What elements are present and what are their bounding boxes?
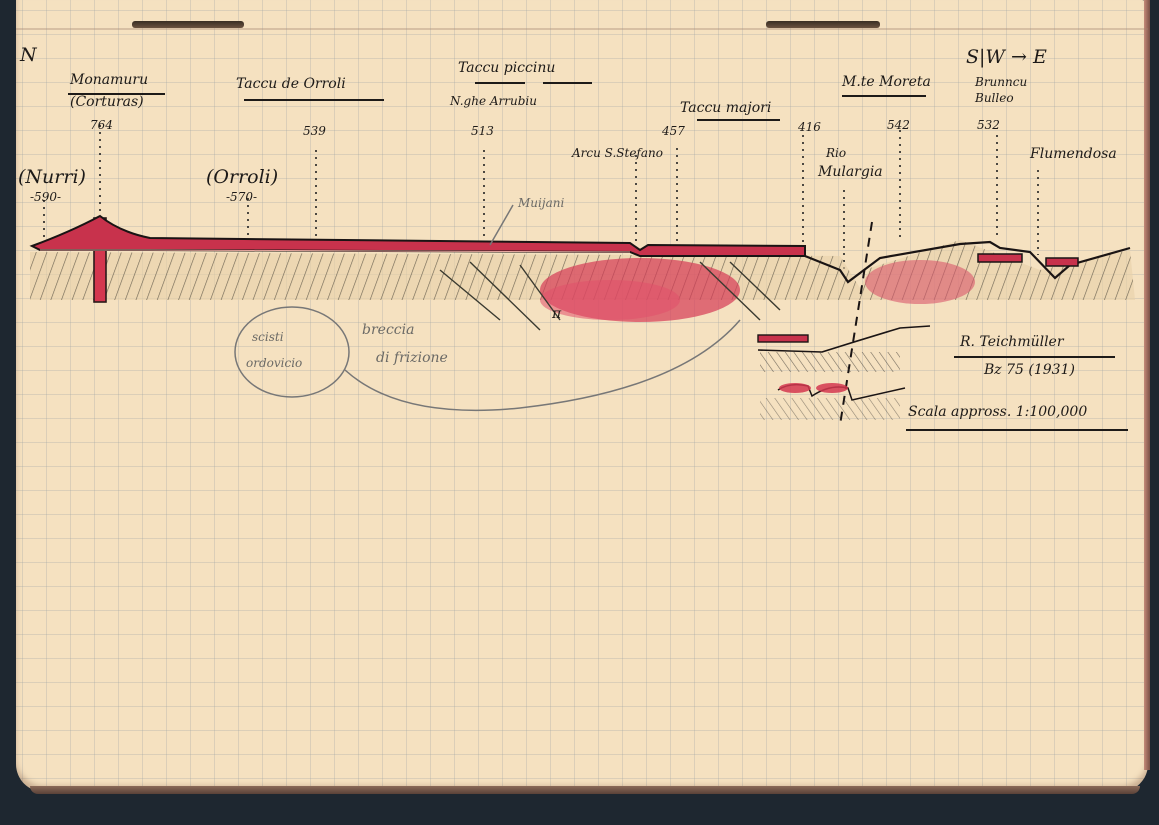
scale-label: Scala appross. 1:100,000	[908, 404, 1087, 420]
peak-name: Taccu majori	[680, 100, 771, 116]
peak-elevation: 539	[303, 124, 326, 138]
inset-sections	[758, 326, 930, 420]
peak-elevation: 416	[798, 120, 821, 134]
peak-elevation: 542	[887, 118, 910, 132]
peak-elevation: 457	[662, 124, 685, 138]
circled-label: scisti	[252, 330, 284, 344]
peak-name: M.te Moreta	[842, 74, 931, 90]
town-name: (Orroli)	[206, 166, 278, 188]
reference: Bz 75 (1931)	[984, 362, 1075, 378]
river-name: Mulargia	[818, 164, 883, 180]
author-credit: R. Teichmüller	[960, 334, 1064, 350]
pencil-annotation: Muijani	[518, 196, 564, 210]
peak-name: Taccu de Orroli	[236, 76, 346, 92]
town-name: (Nurri)	[18, 166, 86, 188]
direction-label: S|W → E	[966, 46, 1047, 68]
circled-label: ordovicio	[246, 356, 302, 370]
north-label: N	[20, 44, 37, 66]
river-name: Flumendosa	[1030, 146, 1117, 162]
town-elevation: -590-	[30, 190, 61, 204]
breccia-label: di frizione	[376, 350, 448, 366]
peak-name: Brunncu Bulleo	[975, 74, 1035, 106]
peak-alt-name: (Corturas)	[70, 94, 144, 110]
peak-name: Monamuru	[70, 72, 148, 88]
peak-elevation: 513	[471, 124, 494, 138]
river-name: Rio	[826, 146, 846, 160]
peak-name: Taccu piccinu	[458, 60, 555, 76]
peak-name: Arcu S.Stefano	[572, 146, 663, 160]
peak-elevation: 532	[977, 118, 1000, 132]
breccia-label: breccia	[362, 322, 414, 338]
peak-elevation: 764	[90, 118, 113, 132]
town-elevation: -570-	[226, 190, 257, 204]
pi-symbol: π	[552, 306, 561, 322]
peak-sub-name: N.ghe Arrubiu	[450, 94, 537, 108]
